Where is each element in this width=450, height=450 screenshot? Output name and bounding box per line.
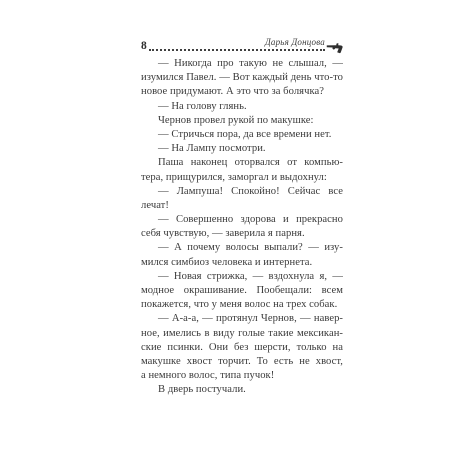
book-page: 8 Дарья Донцова — Никогда про такую не с…: [0, 0, 450, 450]
text-line: лечат!: [141, 199, 343, 213]
paragraph: — Лампуша! Спокойно! Сейчас вселечат!: [141, 185, 343, 213]
paragraph: — Никогда про такую не слышал, —изумился…: [141, 57, 343, 100]
page-header: 8 Дарья Донцова: [141, 36, 344, 53]
text-line: себя чувствую, — заверила я парня.: [141, 227, 343, 241]
text-line: — А-а-а, — протянул Чернов, — навер-: [141, 312, 343, 326]
text-line: ное, имелись в виду голые такие мексикан…: [141, 327, 343, 341]
paragraph: Чернов провел рукой по макушке:: [141, 114, 343, 128]
text-line: Паша наконец оторвался от компью-: [141, 156, 343, 170]
text-line: — Совершенно здорова и прекрасно: [141, 213, 343, 227]
paragraph: — На Лампу посмотри.: [141, 142, 343, 156]
text-line: Чернов провел рукой по макушке:: [141, 114, 343, 128]
text-line: — А почему волосы выпали? — изу-: [141, 241, 343, 255]
text-line: покажется, что у меня волос на трех соба…: [141, 298, 343, 312]
text-line: — Новая стрижка, — вздохнула я, —: [141, 270, 343, 284]
running-title-author: Дарья Донцова: [265, 37, 325, 47]
text-line: — Стричься пора, да все времени нет.: [141, 128, 343, 142]
text-line: В дверь постучали.: [141, 383, 343, 397]
body-text: — Никогда про такую не слышал, —изумился…: [141, 57, 343, 398]
dotted-leader: Дарья Донцова: [149, 32, 325, 51]
text-line: — Никогда про такую не слышал, —: [141, 57, 343, 71]
text-line: — На голову глянь.: [141, 100, 343, 114]
paragraph: — А-а-а, — протянул Чернов, — навер-ное,…: [141, 312, 343, 383]
text-line: макушке хвост торчит. То есть не хвост,: [141, 355, 343, 369]
text-line: мился симбиоз человека и интернета.: [141, 256, 343, 270]
paragraph: — А почему волосы выпали? — изу-мился си…: [141, 241, 343, 269]
paragraph: Паша наконец оторвался от компью-тера, п…: [141, 156, 343, 184]
text-line: — Лампуша! Спокойно! Сейчас все: [141, 185, 343, 199]
text-line: ские псинки. Они без шерсти, только на: [141, 341, 343, 355]
text-line: модное окрашивание. Пообещали: всем: [141, 284, 343, 298]
text-line: тера, прищурился, заморгал и выдохнул:: [141, 171, 343, 185]
text-line: — На Лампу посмотри.: [141, 142, 343, 156]
paragraph: — На голову глянь.: [141, 100, 343, 114]
paragraph: — Совершенно здорова и прекрасносебя чув…: [141, 213, 343, 241]
text-line: а немного волос, типа пучок!: [141, 369, 343, 383]
text-line: новое придумают. А это что за болячка?: [141, 85, 343, 99]
paragraph: — Новая стрижка, — вздохнула я, —модное …: [141, 270, 343, 313]
revolver-icon: [326, 41, 344, 54]
paragraph: — Стричься пора, да все времени нет.: [141, 128, 343, 142]
text-line: изумился Павел. — Вот каждый день что-то: [141, 71, 343, 85]
paragraph: В дверь постучали.: [141, 383, 343, 397]
page-number: 8: [141, 40, 149, 53]
